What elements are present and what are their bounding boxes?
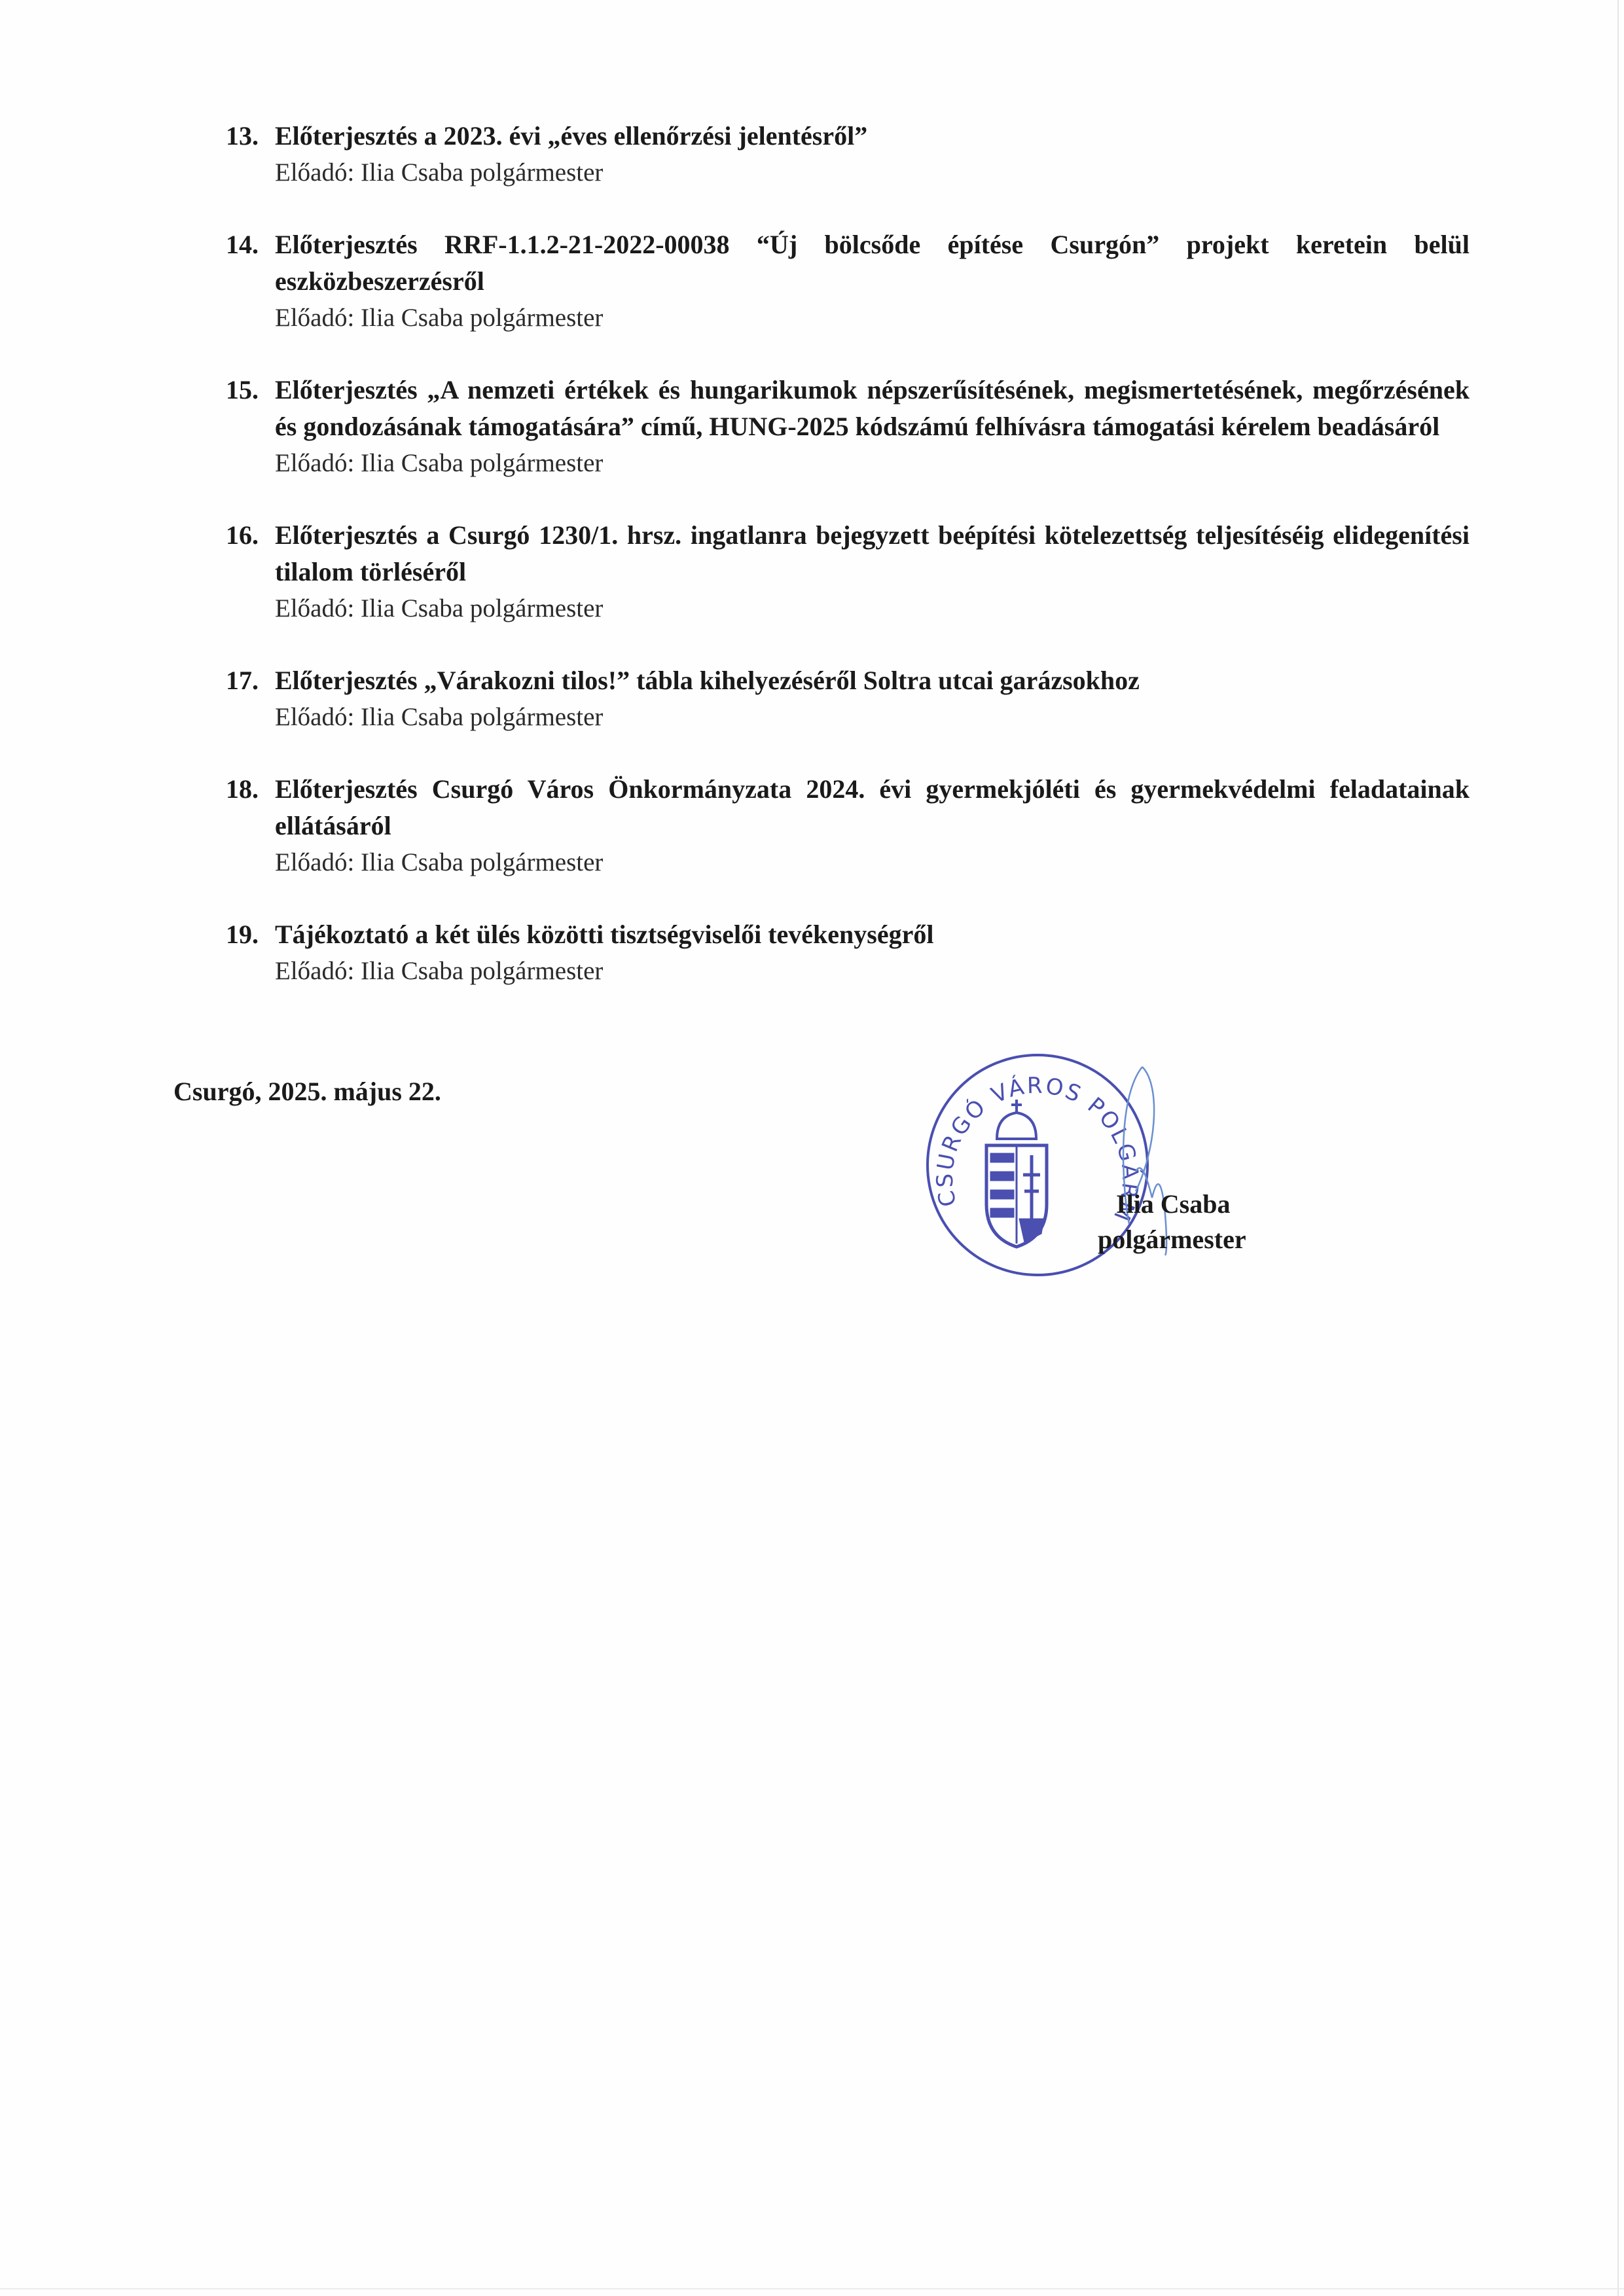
agenda-item: 15. Előterjesztés „A nemzeti értékek és … [226, 372, 1470, 482]
agenda-list: 13. Előterjesztés a 2023. évi „éves elle… [226, 118, 1470, 1025]
signer-title: polgármester [1098, 1221, 1246, 1258]
agenda-item: 19. Tájékoztató a két ülés közötti tiszt… [226, 916, 1470, 990]
item-speaker: Előadó: Ilia Csaba polgármester [275, 154, 1470, 191]
item-title: Előterjesztés a Csurgó 1230/1. hrsz. ing… [275, 517, 1470, 590]
item-speaker: Előadó: Ilia Csaba polgármester [275, 445, 1470, 482]
item-speaker: Előadó: Ilia Csaba polgármester [275, 590, 1470, 627]
agenda-item: 17. Előterjesztés „Várakozni tilos!” táb… [226, 662, 1470, 736]
item-speaker: Előadó: Ilia Csaba polgármester [275, 699, 1470, 736]
document-page: 13. Előterjesztés a 2023. évi „éves elle… [0, 0, 1624, 2296]
agenda-item: 14. Előterjesztés RRF-1.1.2-21-2022-0003… [226, 226, 1470, 336]
item-number: 13. [226, 118, 259, 154]
item-number: 19. [226, 916, 259, 953]
agenda-item: 13. Előterjesztés a 2023. évi „éves elle… [226, 118, 1470, 191]
item-title: Tájékoztató a két ülés közötti tisztségv… [275, 916, 1470, 953]
item-number: 15. [226, 372, 259, 408]
item-title: Előterjesztés „Várakozni tilos!” tábla k… [275, 662, 1470, 699]
item-speaker: Előadó: Ilia Csaba polgármester [275, 844, 1470, 881]
signer-name: Ilia Csaba [1116, 1186, 1231, 1223]
signature-block: CSURGÓ VÁROS POLGÁRMESTERE Ilia Csab [920, 1047, 1312, 1296]
coat-of-arms-icon [986, 1100, 1047, 1247]
item-speaker: Előadó: Ilia Csaba polgármester [275, 300, 1470, 336]
item-title: Előterjesztés a 2023. évi „éves ellenőrz… [275, 118, 1470, 154]
item-title: Előterjesztés „A nemzeti értékek és hung… [275, 372, 1470, 445]
item-number: 14. [226, 226, 259, 263]
page-edge [1617, 0, 1619, 2296]
item-number: 16. [226, 517, 259, 554]
place-date: Csurgó, 2025. május 22. [173, 1073, 441, 1110]
page-edge [0, 2288, 1624, 2289]
agenda-item: 16. Előterjesztés a Csurgó 1230/1. hrsz.… [226, 517, 1470, 627]
item-number: 18. [226, 771, 259, 808]
item-speaker: Előadó: Ilia Csaba polgármester [275, 953, 1470, 990]
item-number: 17. [226, 662, 259, 699]
item-title: Előterjesztés RRF-1.1.2-21-2022-00038 “Ú… [275, 226, 1470, 300]
agenda-item: 18. Előterjesztés Csurgó Város Önkormány… [226, 771, 1470, 881]
item-title: Előterjesztés Csurgó Város Önkormányzata… [275, 771, 1470, 844]
